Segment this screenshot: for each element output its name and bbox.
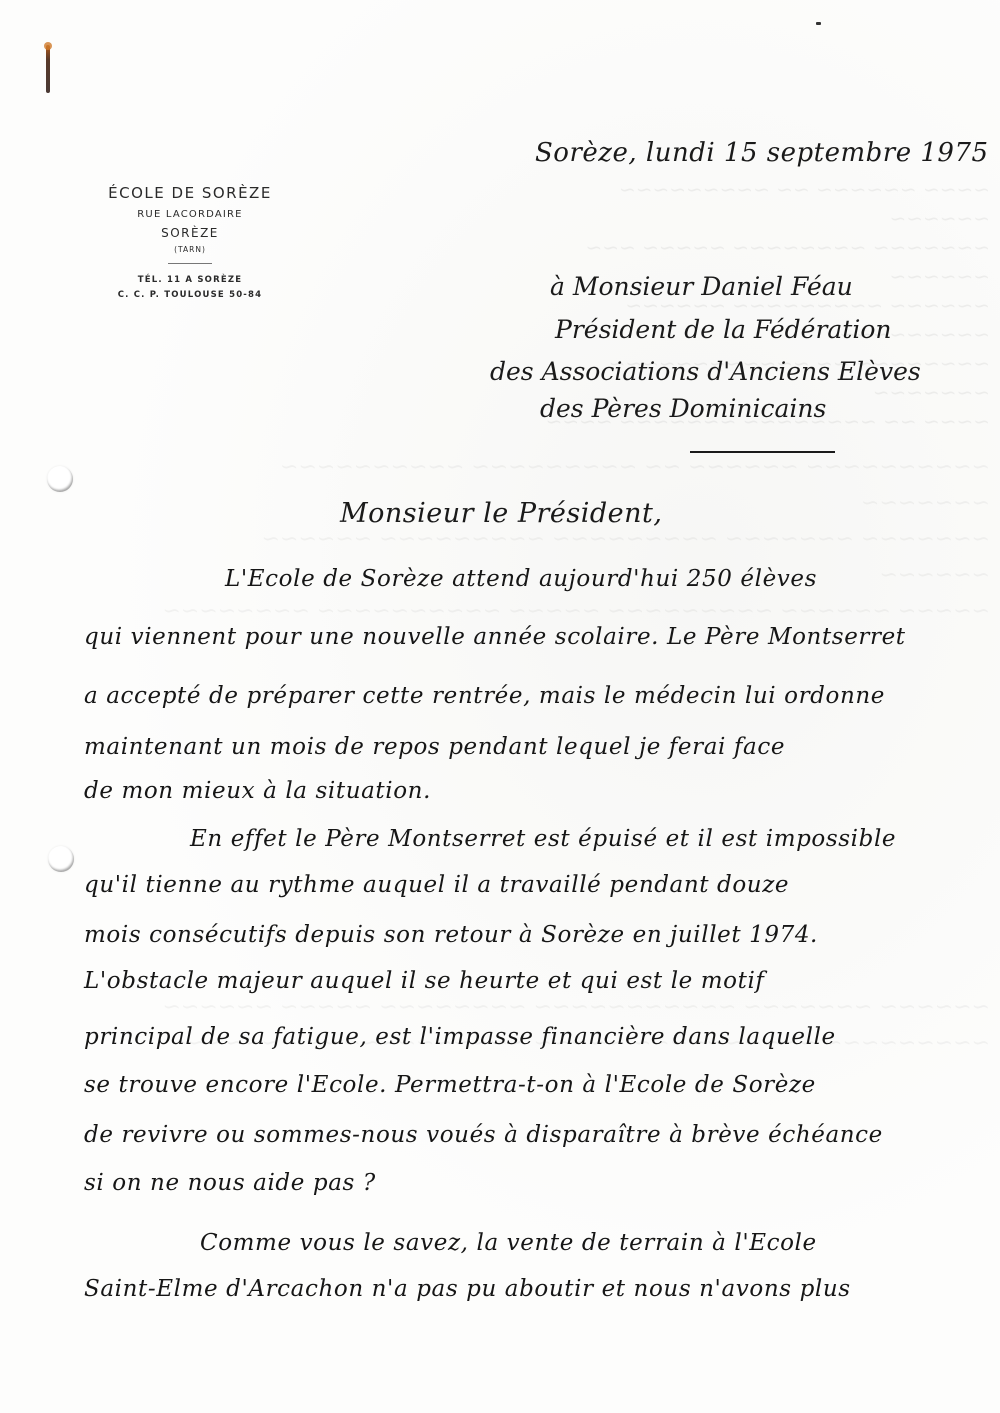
letterhead: ÉCOLE DE SORÈZE RUE LACORDAIRE SORÈZE (T… [60, 184, 320, 303]
letter-page: ~~~~ ~~~~~~ ~~ ~~~~~~~~~ ~~~~~~ ~~~~~~~ … [0, 0, 1000, 1413]
body-line: si on ne nous aide pas ? [84, 1170, 376, 1196]
body-line: maintenant un mois de repos pendant lequ… [84, 734, 785, 760]
body-line: L'Ecole de Sorèze attend aujourd'hui 250… [225, 566, 817, 592]
school-name: ÉCOLE DE SORÈZE [60, 184, 320, 202]
body-line: qu'il tienne au rythme auquel il a trava… [84, 872, 789, 898]
body-line: qui viennent pour une nouvelle année sco… [84, 624, 906, 650]
recipient-line-3: des Associations d'Anciens Elèves [490, 357, 921, 386]
body-line: principal de sa fatigue, est l'impasse f… [84, 1024, 836, 1050]
ink-speck [816, 22, 821, 25]
body-line: Saint-Elme d'Arcachon n'a pas pu aboutir… [84, 1276, 851, 1302]
body-line: se trouve encore l'Ecole. Permettra-t-on… [84, 1072, 816, 1098]
salutation: Monsieur le Président, [340, 498, 662, 529]
body-line: de revivre ou sommes-nous voués à dispar… [84, 1122, 883, 1148]
body-line: L'obstacle majeur auquel il se heurte et… [84, 968, 765, 994]
rust-staple-mark [46, 45, 50, 93]
punch-hole-icon [48, 846, 74, 872]
recipient-line-2: Président de la Fédération [555, 315, 892, 344]
body-line: En effet le Père Montserret est épuisé e… [190, 826, 896, 852]
punch-hole-icon [47, 466, 73, 492]
letterhead-divider [168, 263, 212, 264]
body-line: mois consécutifs depuis son retour à Sor… [84, 922, 818, 948]
address-underline [690, 451, 835, 453]
recipient-line-1: à Monsieur Daniel Féau [550, 272, 853, 301]
school-street: RUE LACORDAIRE [60, 208, 320, 222]
school-town: SORÈZE [60, 226, 320, 241]
body-line: de mon mieux à la situation. [84, 778, 431, 804]
school-postal-account: C. C. P. TOULOUSE 50-84 [60, 288, 320, 303]
body-line: Comme vous le savez, la vente de terrain… [200, 1230, 817, 1256]
school-telephone: TÉL. 11 A SORÈZE [60, 273, 320, 288]
recipient-line-4: des Pères Dominicains [540, 394, 826, 423]
place-date: Sorèze, lundi 15 septembre 1975 [535, 138, 989, 168]
school-department: (TARN) [60, 245, 320, 255]
body-line: a accepté de préparer cette rentrée, mai… [84, 683, 885, 709]
